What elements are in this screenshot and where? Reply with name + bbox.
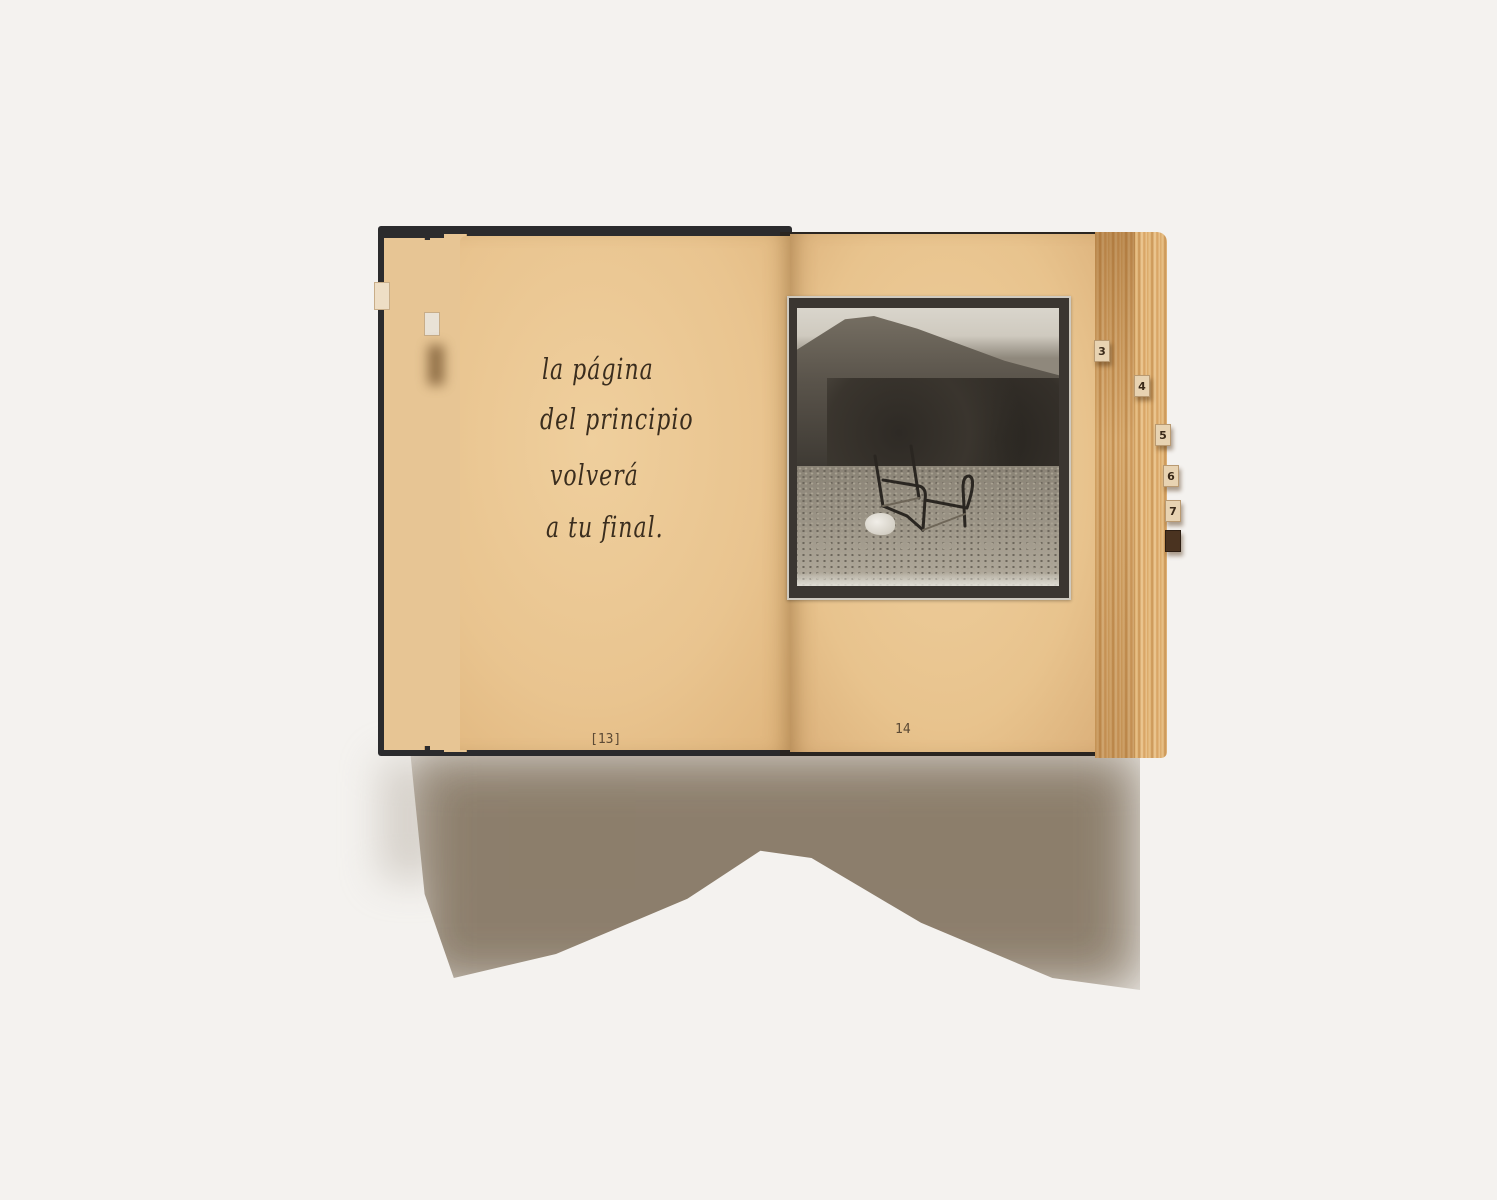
photo-image bbox=[797, 308, 1059, 586]
book-shadow bbox=[410, 750, 1140, 990]
handwriting-line: a tu final. bbox=[546, 515, 664, 544]
polaroid-photo bbox=[787, 296, 1071, 600]
white-stone bbox=[865, 513, 895, 535]
handwriting-line: del principio bbox=[540, 407, 694, 436]
page-number-right: 14 bbox=[895, 722, 911, 737]
index-tab bbox=[1165, 530, 1181, 552]
index-tab: 5 bbox=[1155, 424, 1171, 446]
handwritten-text: la página del principio volverá a tu fin… bbox=[540, 345, 740, 555]
handwriting-line: la página bbox=[542, 357, 654, 386]
photo-scene: la página del principio volverá a tu fin… bbox=[0, 0, 1497, 1200]
index-tab: 6 bbox=[1163, 465, 1179, 487]
left-tab-blank bbox=[424, 312, 440, 336]
index-tab: 4 bbox=[1134, 375, 1150, 397]
handwriting-line: volverá bbox=[550, 463, 639, 492]
index-tab: 3 bbox=[1094, 340, 1110, 362]
photo-emulsion-edge bbox=[797, 572, 1059, 586]
index-tab: 7 bbox=[1165, 500, 1181, 522]
tab-shadow bbox=[428, 345, 444, 385]
page-number-left: [13] bbox=[590, 732, 621, 747]
page-fore-edge-stain bbox=[1095, 232, 1135, 758]
left-tab-blank bbox=[374, 282, 390, 310]
